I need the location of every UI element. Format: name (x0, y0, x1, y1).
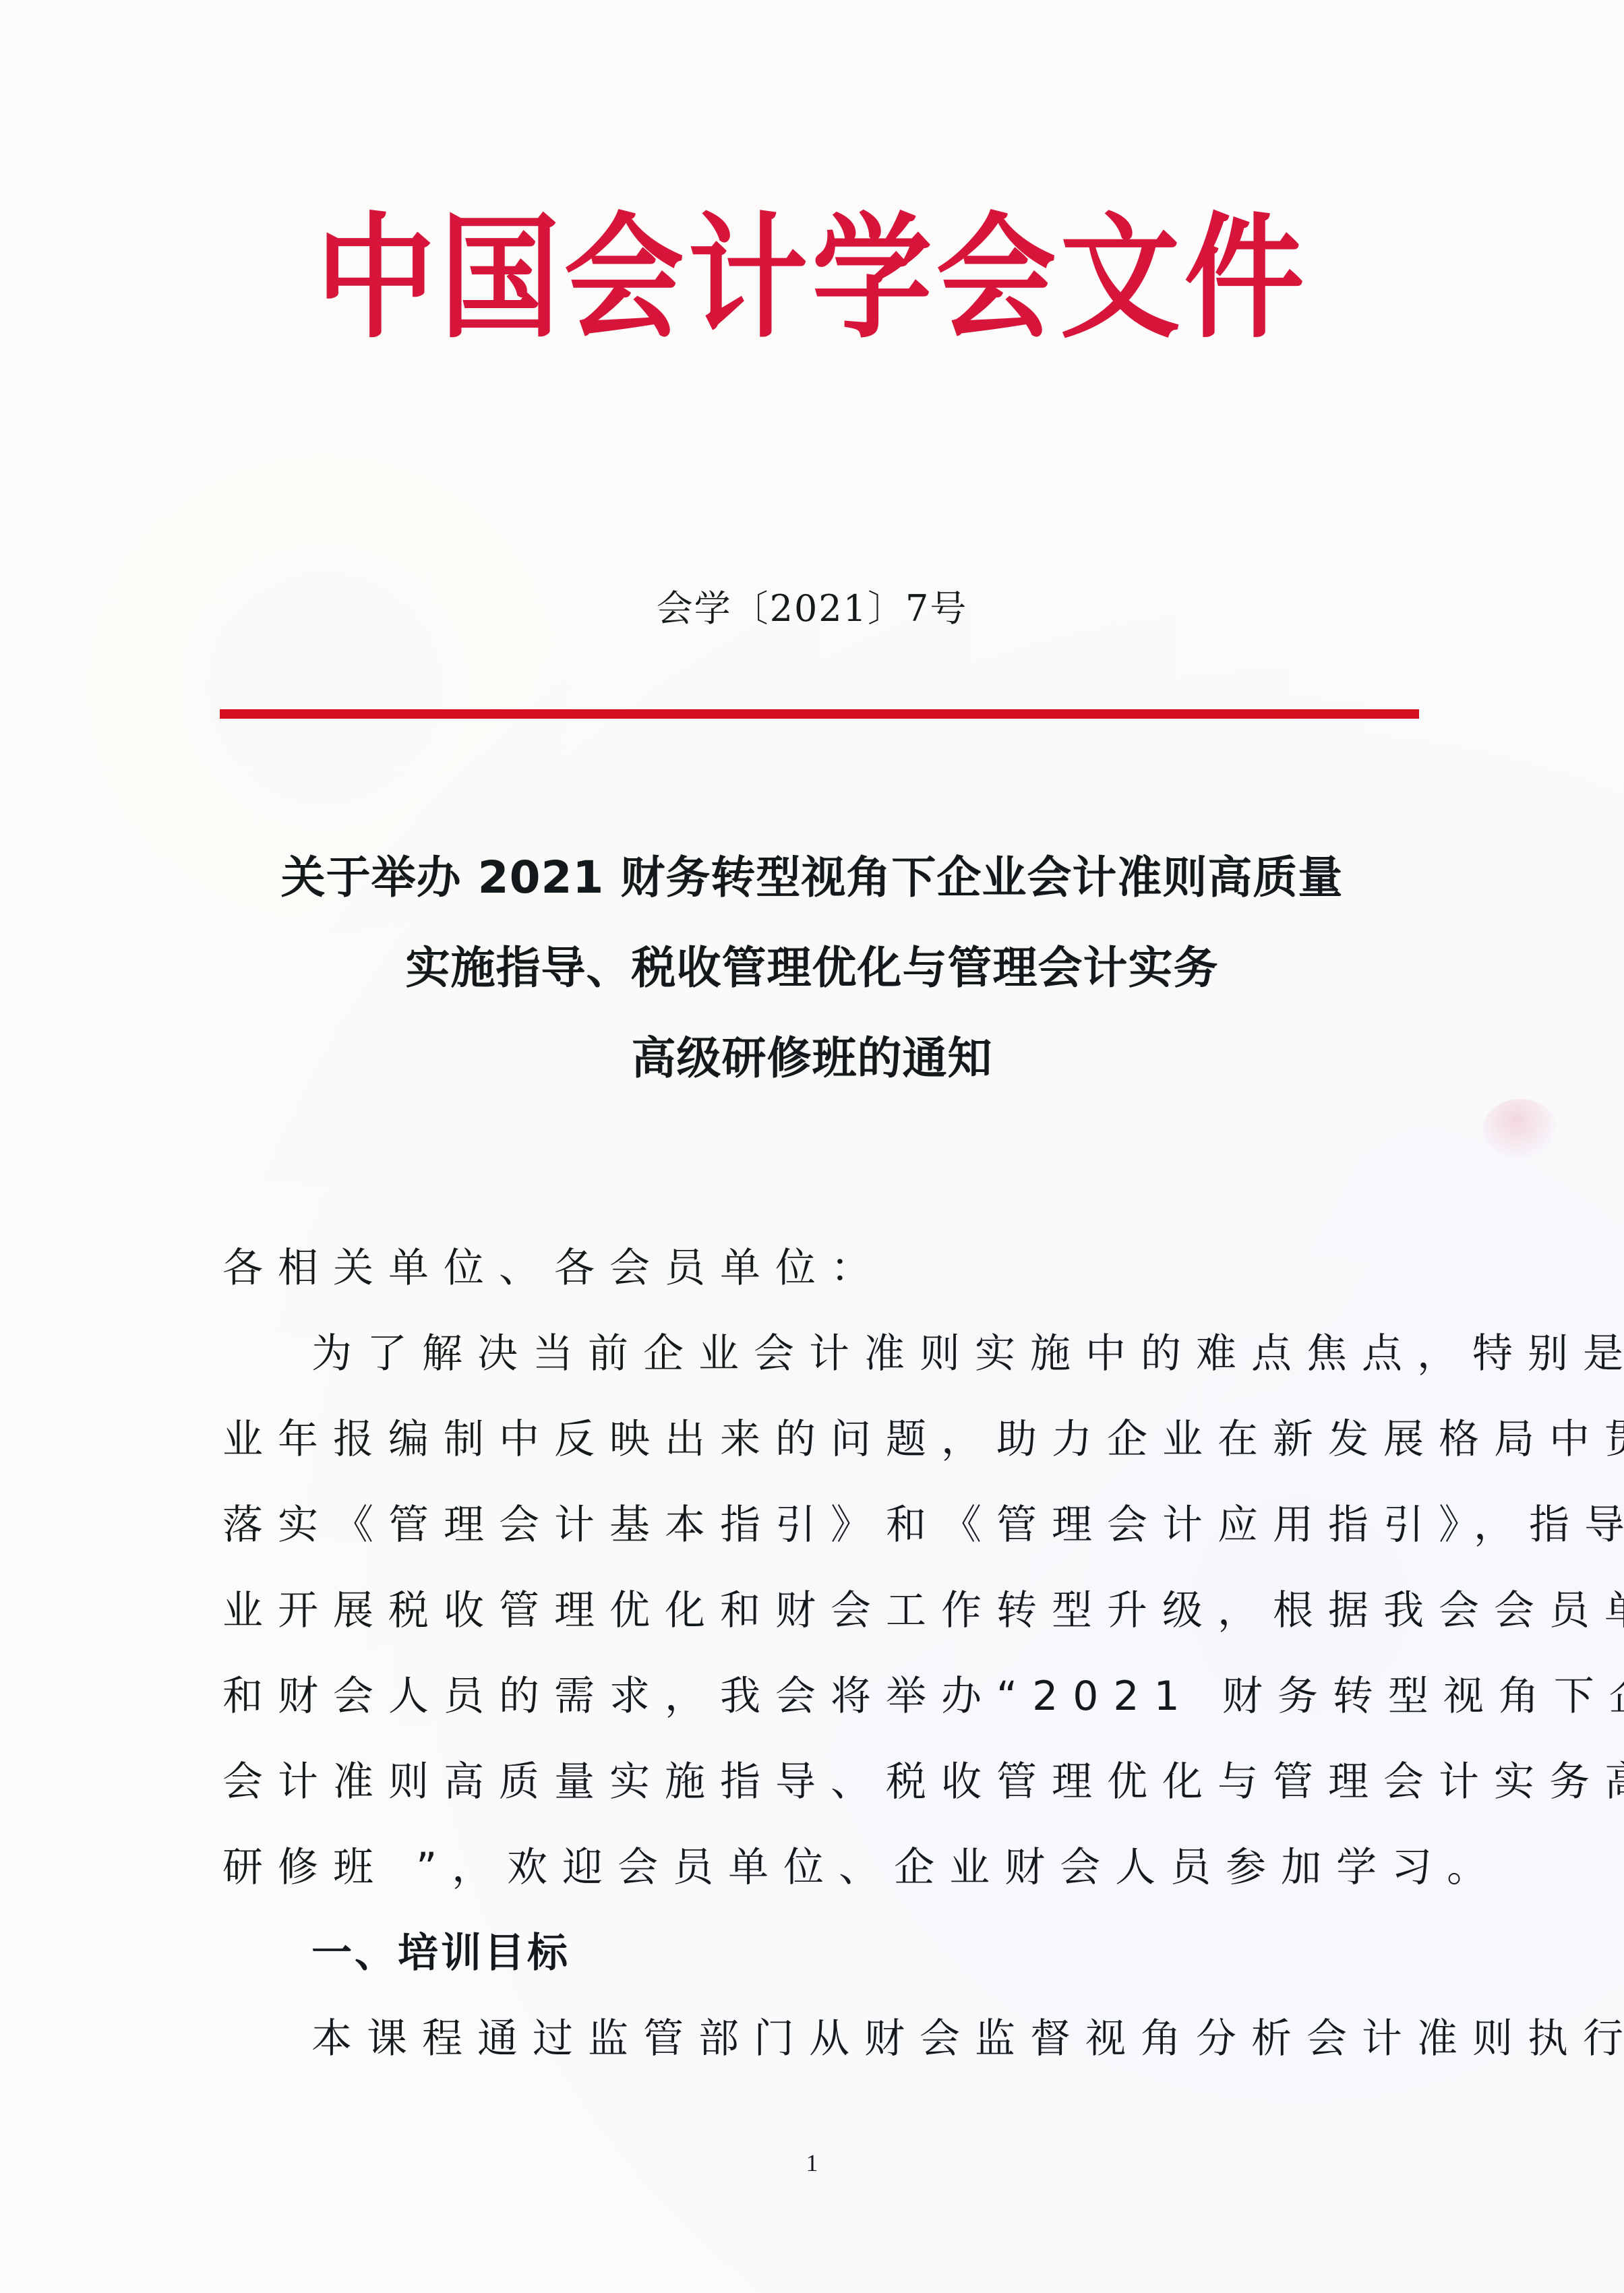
masthead-title: 中国会计学会文件 (0, 202, 1624, 353)
document-number: 会学〔2021〕7号 (0, 585, 1624, 632)
document-page: 中国会计学会文件 会学〔2021〕7号 关于举办 2021 财务转型视角下企业会… (0, 0, 1624, 2293)
paragraph-line: 会计准则高质量实施指导、税收管理优化与管理会计实务高级 (222, 1739, 1429, 1825)
paragraph-line: 和财会人员的需求，我会将举办“2021 财务转型视角下企业 (222, 1654, 1429, 1739)
salutation: 各相关单位、各会员单位： (222, 1226, 1429, 1311)
seal-bleed-through-mark (1483, 1099, 1557, 1160)
paragraph-line: 本课程通过监管部门从财会监督视角分析会计准则执行 (222, 1996, 1429, 2082)
paragraph-line: 研修班 ”，欢迎会员单位、企业财会人员参加学习。 (222, 1825, 1429, 1911)
paragraph-line: 为了解决当前企业会计准则实施中的难点焦点，特别是企 (222, 1311, 1429, 1397)
notice-title: 关于举办 2021 财务转型视角下企业会计准则高质量 实施指导、税收管理优化与管… (0, 833, 1624, 1104)
title-line-3: 高级研修班的通知 (0, 1013, 1624, 1104)
page-number: 1 (0, 2149, 1624, 2176)
paragraph-line: 业开展税收管理优化和财会工作转型升级，根据我会会员单位 (222, 1568, 1429, 1654)
section-heading-training-goals: 一、培训目标 (222, 1911, 1429, 1996)
paragraph-line: 业年报编制中反映出来的问题，助力企业在新发展格局中贯彻 (222, 1397, 1429, 1483)
title-line-2: 实施指导、税收管理优化与管理会计实务 (0, 923, 1624, 1013)
red-divider-rule (220, 709, 1419, 719)
paragraph-line: 落实《管理会计基本指引》和《管理会计应用指引》，指导企 (222, 1483, 1429, 1568)
notice-body: 各相关单位、各会员单位： 为了解决当前企业会计准则实施中的难点焦点，特别是企 业… (222, 1226, 1429, 2082)
title-line-1: 关于举办 2021 财务转型视角下企业会计准则高质量 (0, 833, 1624, 923)
